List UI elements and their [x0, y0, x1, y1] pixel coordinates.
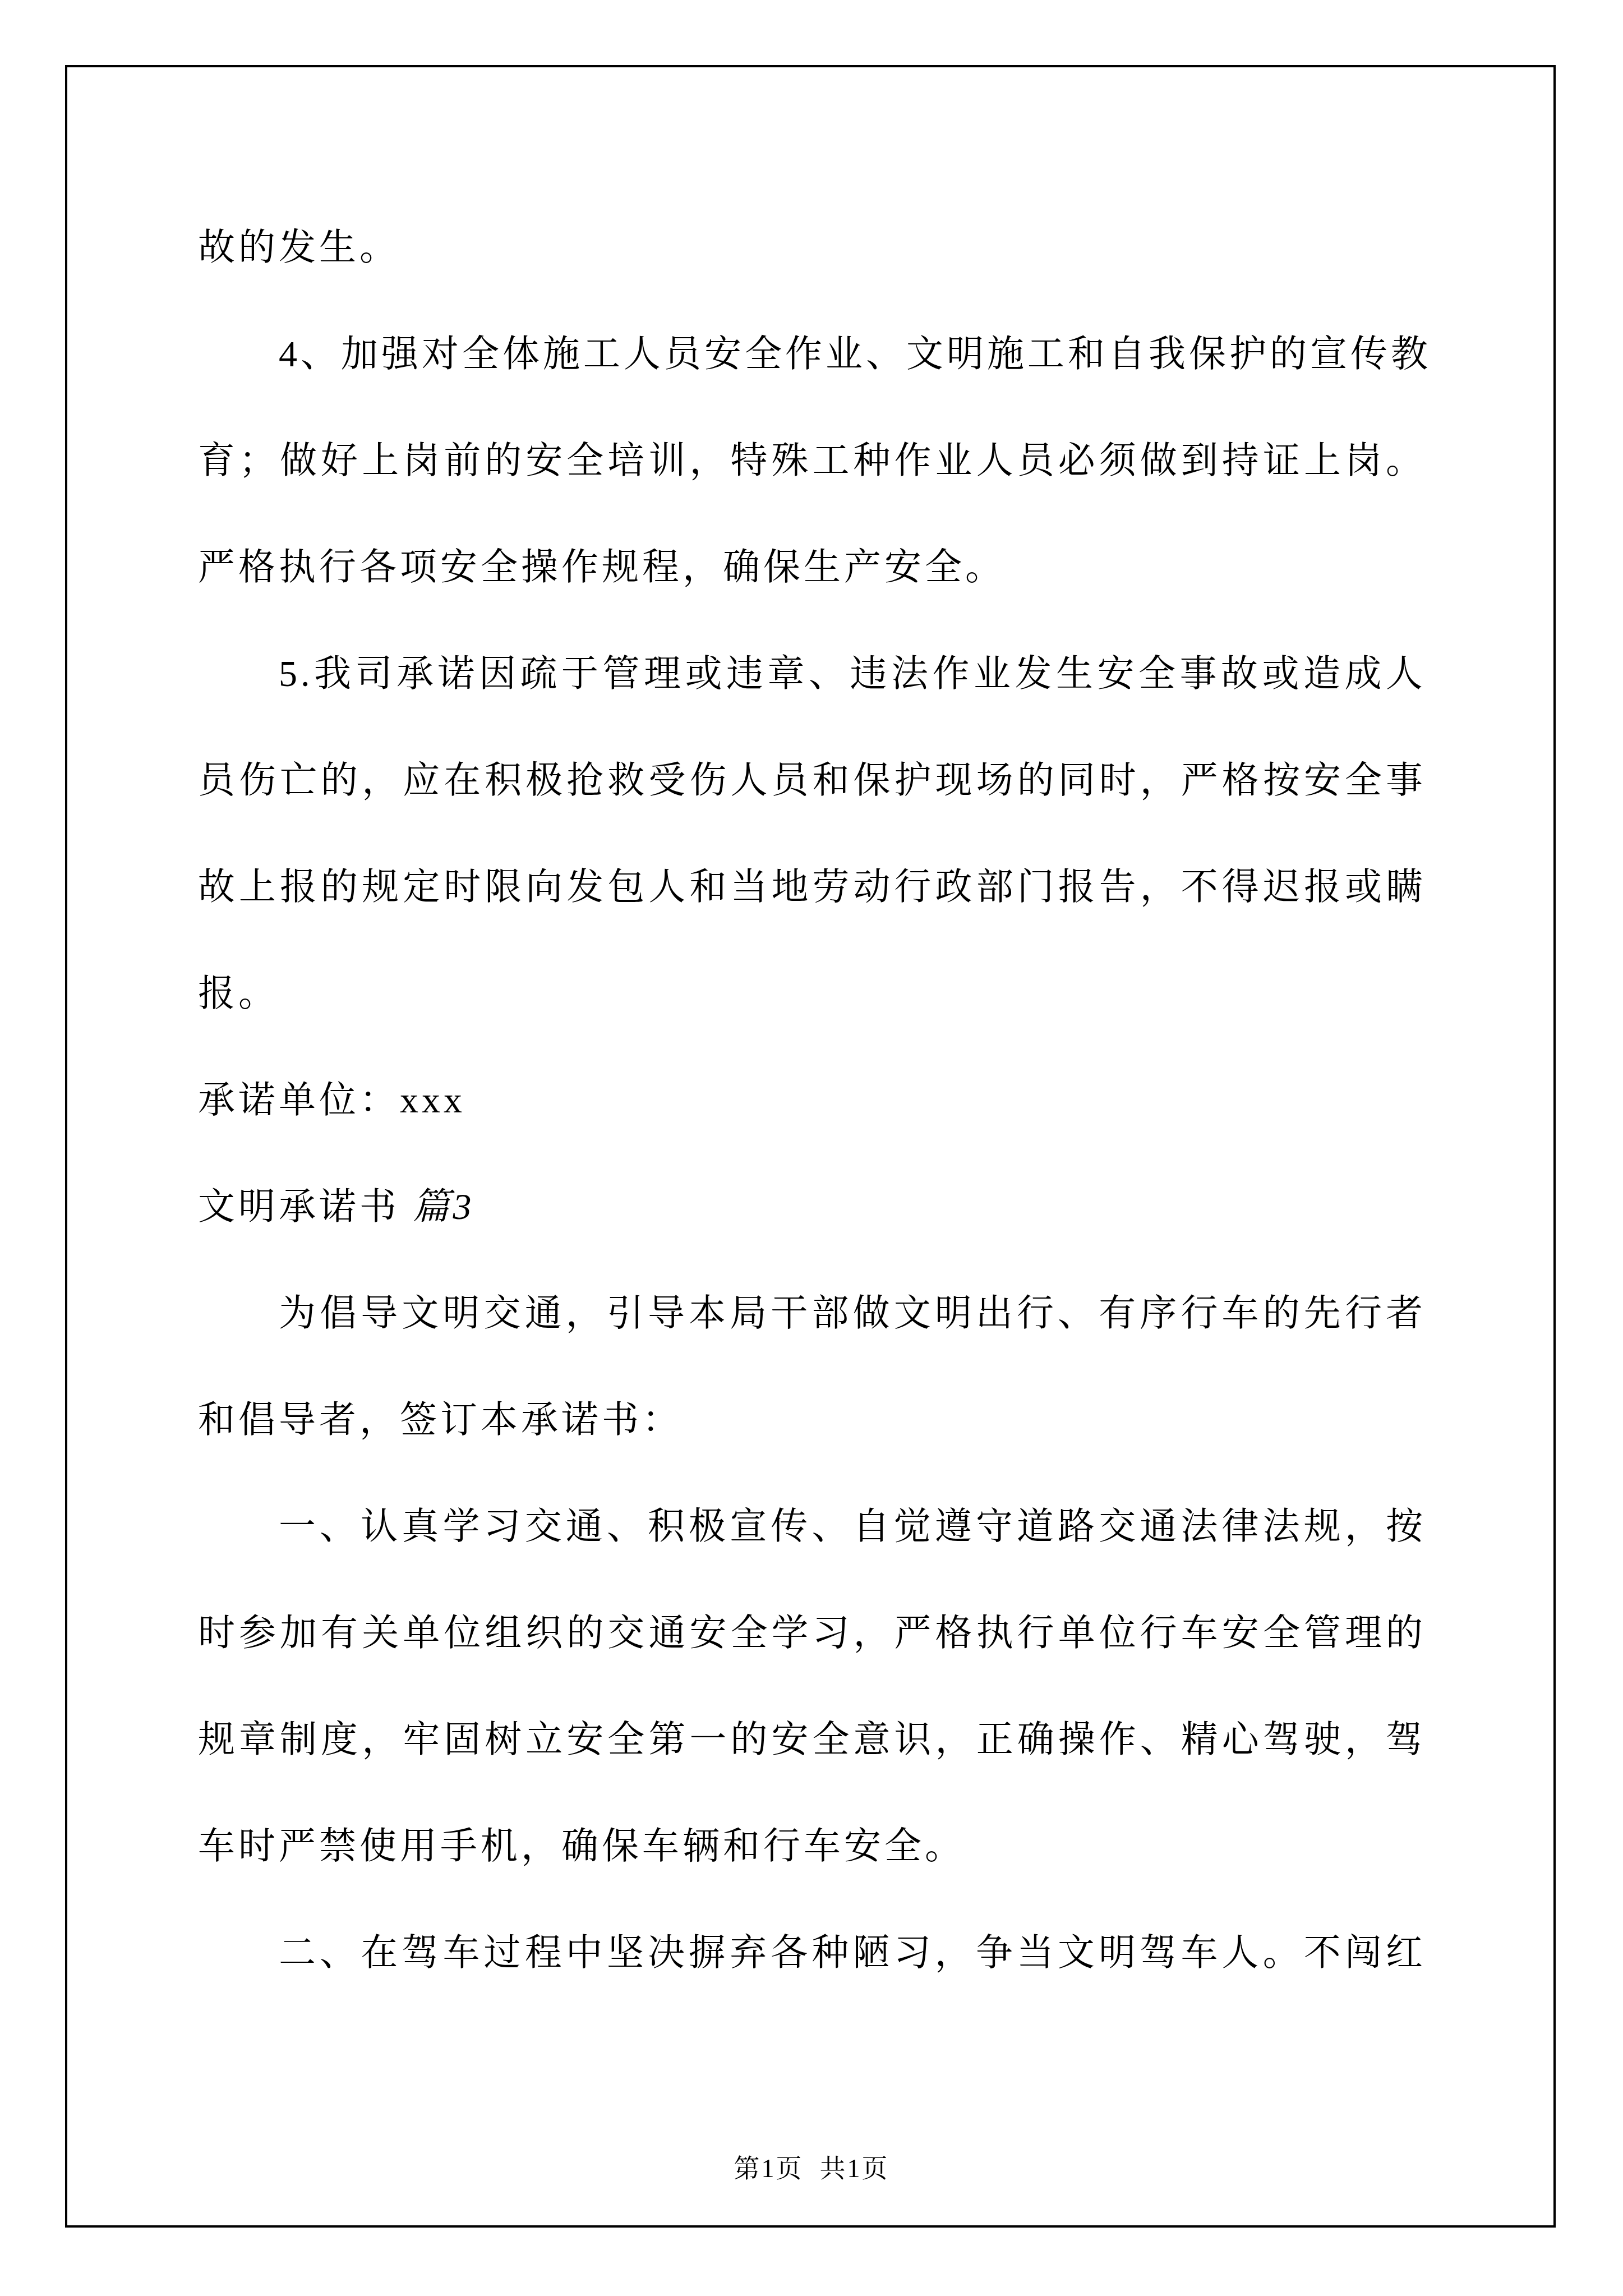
section-heading: 文明承诺书 篇3: [198, 1154, 1426, 1260]
document-line: 二、在驾车过程中坚决摒弃各种陋习，争当文明驾车人。不闯红: [198, 1900, 1426, 2007]
document-line: 严格执行各项安全操作规程，确保生产安全。: [198, 514, 1426, 621]
line-text: 故的发生。: [198, 227, 400, 268]
signature-unit-line: 承诺单位：xxx: [198, 1047, 1426, 1154]
line-text: 4、加强对全体施工人员安全作业、文明施工和自我保护的宣传教: [279, 334, 1431, 375]
document-line: 规章制度，牢固树立安全第一的安全意识，正确操作、精心驾驶，驾: [198, 1687, 1426, 1793]
line-text: 时参加有关单位组织的交通安全学习，严格执行单位行车安全管理的: [198, 1613, 1426, 1654]
line-text: 严格执行各项安全操作规程，确保生产安全。: [198, 547, 1006, 588]
line-text: 故上报的规定时限向发包人和当地劳动行政部门报告，不得迟报或瞒: [198, 867, 1426, 908]
document-line: 故的发生。: [198, 195, 1426, 301]
document-line: 一、认真学习交通、积极宣传、自觉遵守道路交通法律法规，按: [198, 1474, 1426, 1580]
page-number: 第1页 共1页: [0, 2152, 1623, 2185]
line-text: 员伤亡的，应在积极抢救受伤人员和保护现场的同时，严格按安全事: [198, 760, 1426, 801]
document-line: 育；做好上岗前的安全培训，特殊工种作业人员必须做到持证上岗。: [198, 408, 1426, 514]
line-text: 为倡导文明交通，引导本局干部做文明出行、有序行车的先行者: [279, 1293, 1426, 1334]
line-text: 育；做好上岗前的安全培训，特殊工种作业人员必须做到持证上岗。: [198, 440, 1426, 481]
line-text: 规章制度，牢固树立安全第一的安全意识，正确操作、精心驾驶，驾: [198, 1719, 1426, 1760]
line-text: 车时严禁使用手机，确保车辆和行车安全。: [198, 1826, 965, 1867]
line-text: 5.我司承诺因疏于管理或违章、违法作业发生安全事故或造成人: [279, 654, 1426, 694]
line-text: 报。: [198, 973, 279, 1014]
document-line: 故上报的规定时限向发包人和当地劳动行政部门报告，不得迟报或瞒: [198, 834, 1426, 941]
line-text: 一、认真学习交通、积极宣传、自觉遵守道路交通法律法规，按: [279, 1506, 1426, 1547]
document-line: 时参加有关单位组织的交通安全学习，严格执行单位行车安全管理的: [198, 1580, 1426, 1687]
document-line: 5.我司承诺因疏于管理或违章、违法作业发生安全事故或造成人: [198, 621, 1426, 728]
document-body: 故的发生。 4、加强对全体施工人员安全作业、文明施工和自我保护的宣传教 育；做好…: [198, 195, 1426, 2007]
line-text: 承诺单位：xxx: [198, 1080, 465, 1121]
heading-badge: 篇3: [400, 1186, 475, 1227]
heading-title: 文明承诺书: [198, 1186, 400, 1227]
document-line: 报。: [198, 941, 1426, 1047]
line-text: 和倡导者，签订本承诺书：: [198, 1400, 683, 1441]
document-line: 员伤亡的，应在积极抢救受伤人员和保护现场的同时，严格按安全事: [198, 728, 1426, 834]
document-line: 为倡导文明交通，引导本局干部做文明出行、有序行车的先行者: [198, 1260, 1426, 1367]
document-page: 故的发生。 4、加强对全体施工人员安全作业、文明施工和自我保护的宣传教 育；做好…: [0, 0, 1623, 2296]
document-line: 和倡导者，签订本承诺书：: [198, 1367, 1426, 1474]
line-text: 二、在驾车过程中坚决摒弃各种陋习，争当文明驾车人。不闯红: [279, 1932, 1426, 1973]
document-line: 车时严禁使用手机，确保车辆和行车安全。: [198, 1793, 1426, 1900]
document-line: 4、加强对全体施工人员安全作业、文明施工和自我保护的宣传教: [198, 301, 1426, 408]
